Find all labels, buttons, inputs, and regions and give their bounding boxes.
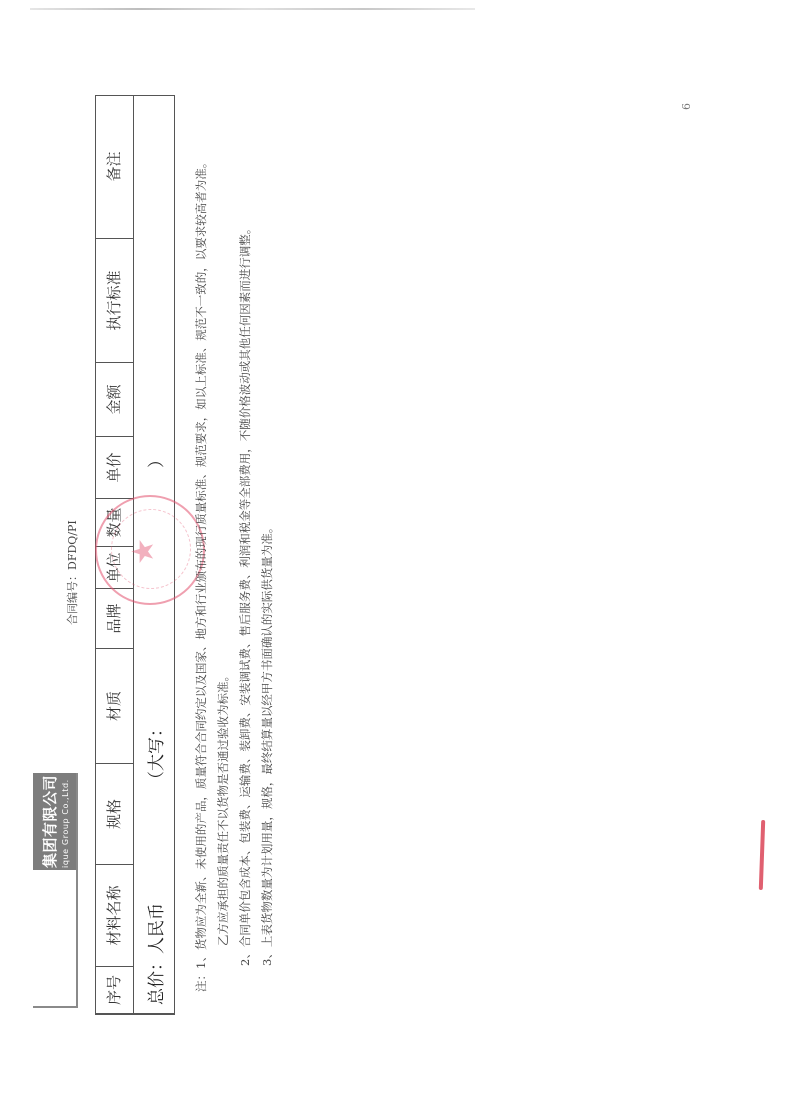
- note-1: 注：1、货物应为全新、未使用的产品，质量符合合同约定以及国家、地方和行业颁布的现…: [190, 157, 212, 992]
- total-price-label: 总价：人民币: [142, 903, 167, 1005]
- company-seal: ★: [95, 495, 205, 605]
- page-number: 6: [680, 103, 693, 110]
- contract-notes: 注：1、货物应为全新、未使用的产品，质量符合合同约定以及国家、地方和行业颁布的现…: [190, 157, 278, 992]
- contract-page: 集团有限公司 ique Group Co.,Ltd. 合同编号：DFDQ/PI …: [0, 0, 800, 1100]
- total-capitalized-open: （大写：: [142, 720, 167, 788]
- col-header-material-name: 材料名称: [96, 864, 133, 966]
- note-1-continued: 乙方应承担的质量责任不以货物是否通过验收为标准。: [212, 157, 234, 992]
- total-capitalized-close: ）: [142, 451, 167, 468]
- note-3: 3、上表货物数量为计划用量，规格，最终结算量以经甲方书面确认的实际供货量为准。: [256, 157, 278, 992]
- red-pen-mark: [759, 820, 765, 890]
- note-2: 2、合同单价包含成本、包装费、运输费、装卸费、安装调试费、售后服务费、利润和税金…: [234, 157, 256, 992]
- col-header-amount: 金额: [96, 362, 133, 436]
- logo-company-en: ique Group Co.,Ltd.: [61, 779, 70, 868]
- logo-company-cn: 集团有限公司: [39, 775, 60, 868]
- col-header-remarks: 备注: [96, 95, 133, 238]
- col-header-material: 材质: [96, 648, 133, 763]
- seal-star-icon: ★: [129, 538, 159, 565]
- col-header-spec: 规格: [96, 763, 133, 864]
- contract-number: 合同编号：DFDQ/PI: [64, 520, 80, 625]
- company-logo: 集团有限公司 ique Group Co.,Ltd.: [33, 773, 78, 1008]
- col-header-index: 序号: [96, 966, 133, 1013]
- col-header-unit-price: 单价: [96, 436, 133, 498]
- logo-banner: 集团有限公司 ique Group Co.,Ltd.: [33, 773, 76, 870]
- col-header-standard: 执行标准: [96, 238, 133, 362]
